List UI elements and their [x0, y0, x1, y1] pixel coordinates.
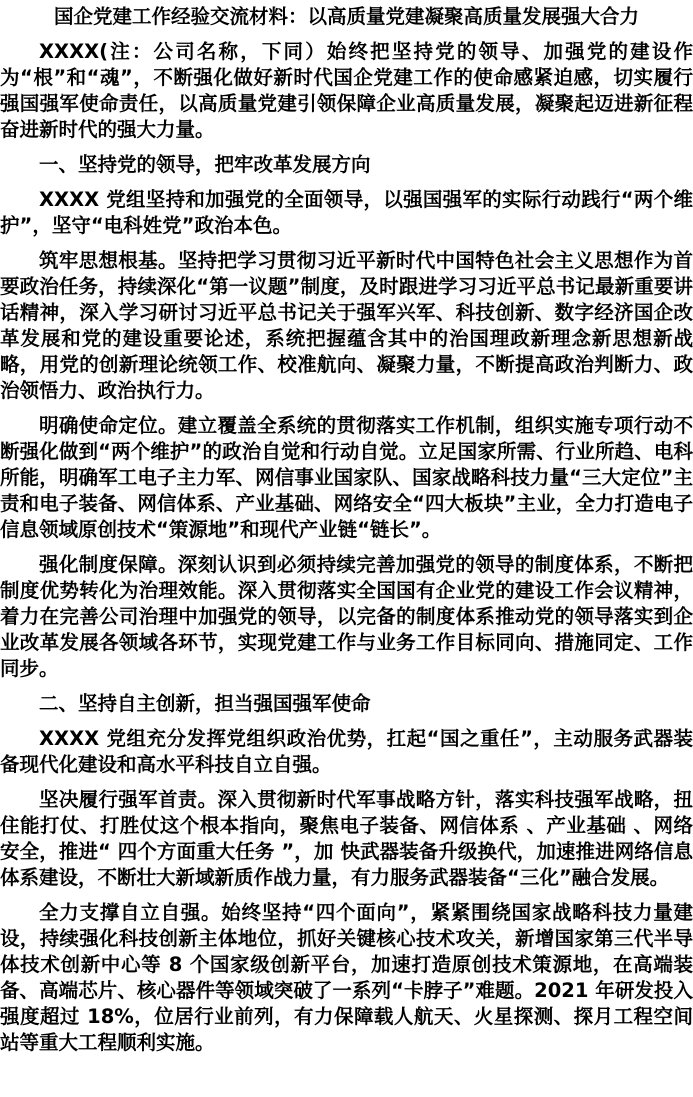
paragraph-mission-positioning: 明确使命定位。建立覆盖全系统的贯彻落实工作机制，组织实施专项行动不断强化做到“两… [0, 413, 693, 543]
paragraph-military-responsibility: 坚决履行强军首责。深入贯彻新时代军事战略方针，落实科技强军战略，扭住能打仗、打胜… [0, 787, 693, 891]
paragraph-self-reliance: 全力支撑自立自强。始终坚持“四个面向”，紧紧围绕国家战略科技力量建设，持续强化科… [0, 900, 693, 1056]
paragraph-intro: XXXX(注：公司名称，下同）始终把坚持党的领导、加强党的建设作为“根”和“魂”… [0, 39, 693, 143]
paragraph-innovation-intro: XXXX 党组充分发挥党组织政治优势，扛起“国之重任”，主动服务武器装备现代化建… [0, 726, 693, 778]
document-title: 国企党建工作经验交流材料：以高质量党建凝聚高质量发展强大合力 [0, 4, 693, 30]
section-heading-one: 一、坚持党的领导，把牢改革发展方向 [0, 152, 693, 178]
paragraph-institutional-guarantee: 强化制度保障。深刻认识到必须持续完善加强党的领导的制度体系，不断把制度优势转化为… [0, 552, 693, 682]
paragraph-ideological-foundation: 筑牢思想根基。坚持把学习贯彻习近平新时代中国特色社会主义思想作为首要政治任务，持… [0, 248, 693, 404]
document-page: 国企党建工作经验交流材料：以高质量党建凝聚高质量发展强大合力 XXXX(注：公司… [0, 0, 693, 1097]
section-heading-two: 二、坚持自主创新，担当强国强军使命 [0, 691, 693, 717]
paragraph-party-leadership: XXXX 党组坚持和加强党的全面领导，以强国强军的实际行动践行“两个维护”，坚守… [0, 187, 693, 239]
